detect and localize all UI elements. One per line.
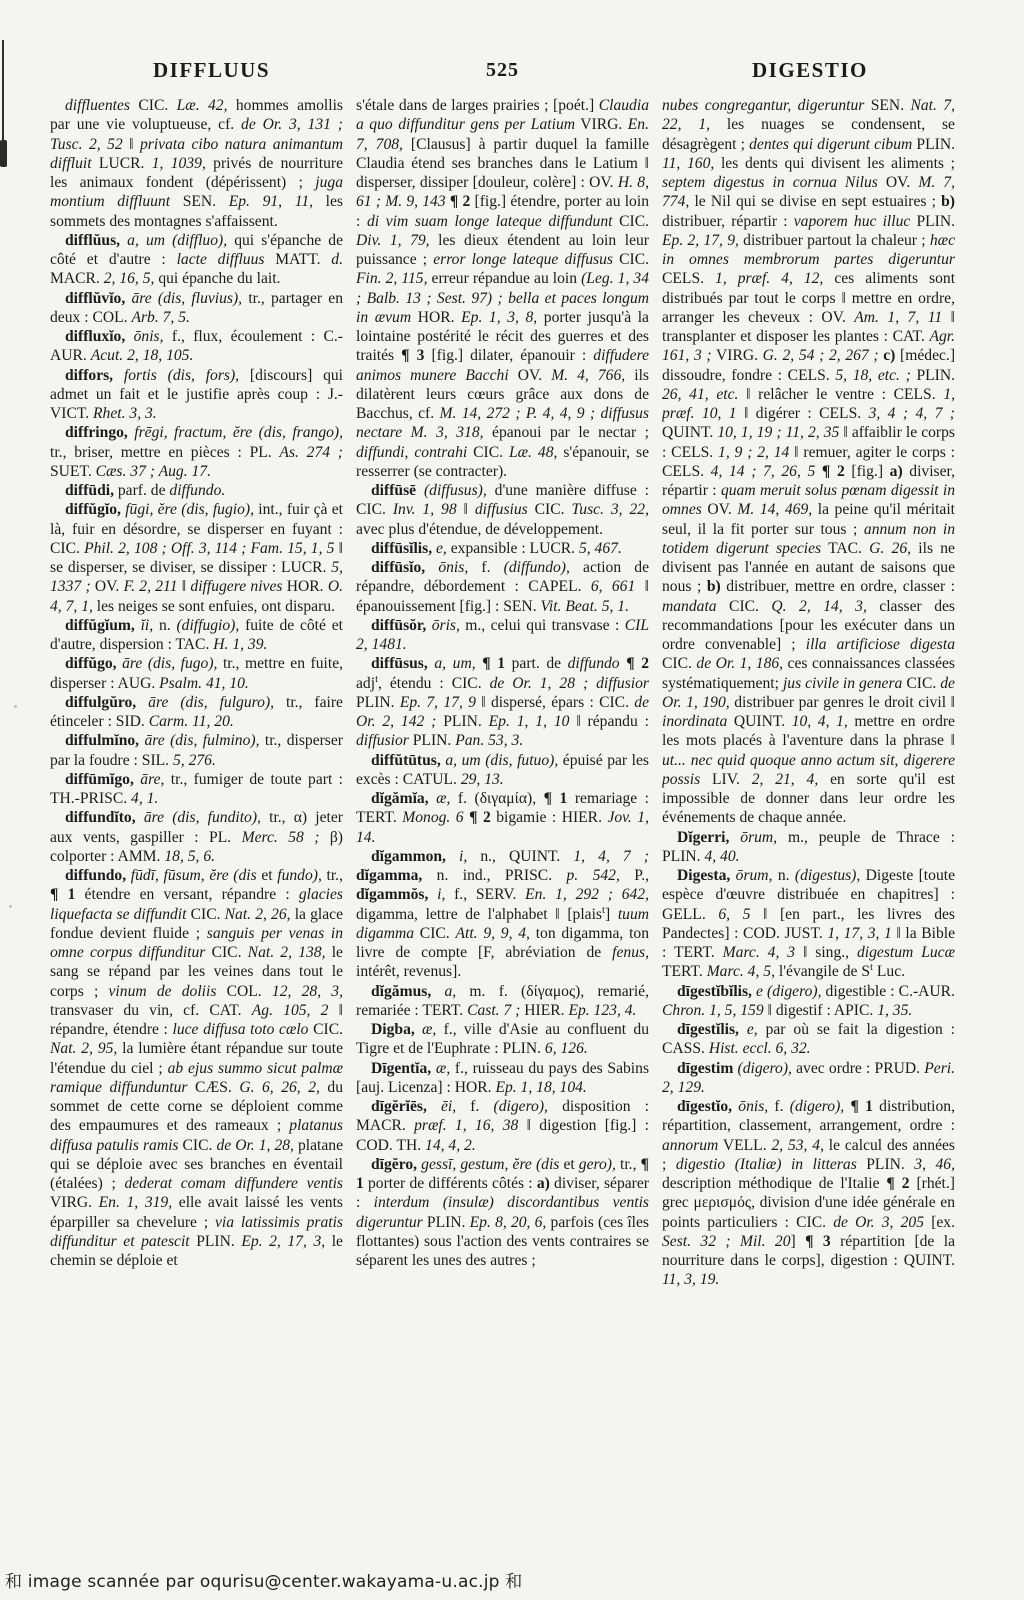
dictionary-entry: diffŭgĭum, ĭi, n. (diffugio), fuite de c… bbox=[50, 616, 343, 655]
dictionary-entry: diffors, fortis (dis, fors), [discours] … bbox=[50, 366, 343, 424]
dictionary-entry: diffluxĭo, ōnis, f., flux, écoulement : … bbox=[50, 327, 343, 366]
header-right-headword: DIGESTIO bbox=[752, 58, 868, 83]
text-columns: diffluentes CIC. Læ. 42, hommes amollis … bbox=[50, 96, 955, 1540]
dictionary-entry: Dīgentĭa, æ, f., ruisseau du pays des Sa… bbox=[356, 1059, 649, 1098]
column-3: nubes congregantur, digeruntur SEN. Nat.… bbox=[662, 96, 955, 1540]
dictionary-entry: difflŭus, a, um (diffluo), qui s'épanche… bbox=[50, 231, 343, 289]
scan-artifact-speck bbox=[14, 705, 17, 708]
scan-artifact-speck bbox=[9, 905, 12, 908]
scan-credit-line: 和 image scannée par oqurisu@center.wakay… bbox=[5, 1567, 522, 1592]
dictionary-entry: dīgestim (digero), avec ordre : PRUD. Pe… bbox=[662, 1059, 955, 1098]
dictionary-entry: diffūsus, a, um, ¶ 1 part. de diffundo ¶… bbox=[356, 654, 649, 750]
dictionary-entry: dīgĕrĭēs, ēi, f. (digero), disposition :… bbox=[356, 1097, 649, 1155]
dictionary-entry: difflŭvĭo, āre (dis, fluvius), tr., part… bbox=[50, 289, 343, 328]
dictionary-entry: diffūmĭgo, āre, tr., fumiger de toute pa… bbox=[50, 770, 343, 809]
dictionary-entry: diffūsē (diffusus), d'une manière diffus… bbox=[356, 481, 649, 539]
dictionary-entry: dīgestĭlis, e, par où se fait la digesti… bbox=[662, 1020, 955, 1059]
dictionary-entry: Digesta, ōrum, n. (digestus), Digeste [t… bbox=[662, 866, 955, 982]
dictionary-entry: diffūsŏr, ōris, m., celui qui transvase … bbox=[356, 616, 649, 655]
dictionary-entry: diffundĭto, āre (dis, fundito), tr., α) … bbox=[50, 808, 343, 866]
dictionary-entry: dĭgămĭa, æ, f. (διγαμία), ¶ 1 remariage … bbox=[356, 789, 649, 847]
dictionary-entry: dīgĕro, gessī, gestum, ĕre (dis et gero)… bbox=[356, 1155, 649, 1271]
dictionary-entry: diffundo, fūdī, fūsum, ĕre (dis et fundo… bbox=[50, 866, 343, 1270]
dictionary-entry: dīgestĭo, ōnis, f. (digero), ¶ 1 distrib… bbox=[662, 1097, 955, 1290]
dictionary-entry: diffŭgo, āre (dis, fugo), tr., mettre en… bbox=[50, 654, 343, 693]
scan-artifact-line bbox=[2, 40, 4, 144]
dictionary-entry: diffūdi, parf. de diffundo. bbox=[50, 481, 343, 500]
dictionary-entry: diffŭgĭo, fūgi, ĕre (dis, fugio), int., … bbox=[50, 500, 343, 616]
dictionary-entry: dĭgammon, i, n., QUINT. 1, 4, 7 ; dĭgamm… bbox=[356, 847, 649, 982]
dictionary-entry: dĭgămus, a, m. f. (δίγαμος), remarié, re… bbox=[356, 982, 649, 1021]
dictionary-entry: diffulmĭno, āre (dis, fulmino), tr., dis… bbox=[50, 731, 343, 770]
dictionary-entry: Digba, æ, f., ville d'Asie au confluent … bbox=[356, 1020, 649, 1059]
column-2: s'étale dans de larges prairies ; [poét.… bbox=[356, 96, 649, 1540]
dictionary-entry: diffulgŭro, āre (dis, fulguro), tr., fai… bbox=[50, 693, 343, 732]
dictionary-entry: diffluentes CIC. Læ. 42, hommes amollis … bbox=[50, 96, 343, 231]
dictionary-entry: dīgestĭbĭlis, e (digero), digestible : C… bbox=[662, 982, 955, 1021]
scan-artifact-blob bbox=[0, 140, 7, 167]
page-number: 525 bbox=[486, 59, 519, 82]
column-1: diffluentes CIC. Læ. 42, hommes amollis … bbox=[50, 96, 343, 1540]
header-left-headword: DIFFLUUS bbox=[153, 58, 270, 83]
dictionary-entry: diffūsĭo, ōnis, f. (diffundo), action de… bbox=[356, 558, 649, 616]
dictionary-entry: nubes congregantur, digeruntur SEN. Nat.… bbox=[662, 96, 955, 828]
dictionary-entry: diffringo, frēgi, fractum, ĕre (dis, fra… bbox=[50, 423, 343, 481]
dictionary-entry: diffūsĭlis, e, expansible : LUCR. 5, 467… bbox=[356, 539, 649, 558]
dictionary-entry: diffŭtūtus, a, um (dis, futuo), épuisé p… bbox=[356, 751, 649, 790]
dictionary-entry: s'étale dans de larges prairies ; [poét.… bbox=[356, 96, 649, 481]
dictionary-entry: Dĭgerri, ōrum, m., peuple de Thrace : PL… bbox=[662, 828, 955, 867]
scanned-dictionary-page: DIFFLUUS 525 DIGESTIO diffluentes CIC. L… bbox=[0, 0, 1024, 1600]
running-header: DIFFLUUS 525 DIGESTIO bbox=[0, 58, 1024, 88]
